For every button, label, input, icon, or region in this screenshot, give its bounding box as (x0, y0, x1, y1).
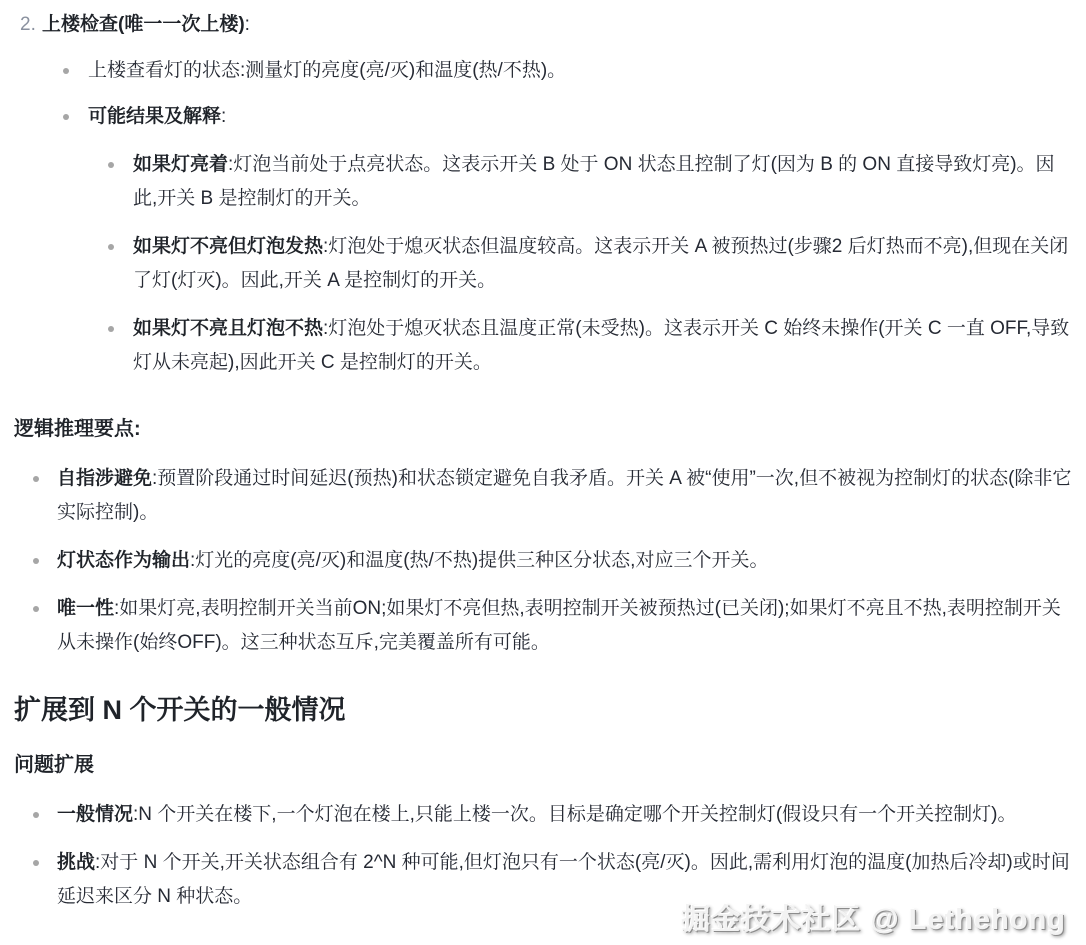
point-term: 一般情况 (57, 804, 133, 825)
bullet-marker (33, 558, 39, 564)
bullet-marker (33, 812, 39, 818)
step-2-body: 上楼检查(唯一一次上楼): 上楼查看灯的状态:测量灯的亮度(亮/灭)和温度(热/… (42, 8, 1076, 392)
point-term: 自指涉避免 (57, 468, 152, 489)
result-cases-list: 如果灯亮着:灯泡当前处于点亮状态。这表示开关 B 处于 ON 状态且控制了灯(因… (88, 148, 1076, 380)
list-item-text: 上楼查看灯的状态:测量灯的亮度(亮/灭)和温度(热/不热)。 (88, 54, 1076, 88)
list-item-text: 如果灯亮着:灯泡当前处于点亮状态。这表示开关 B 处于 ON 状态且控制了灯(因… (133, 148, 1076, 216)
list-item-text: 如果灯不亮但灯泡发热:灯泡处于熄灭状态但温度较高。这表示开关 A 被预热过(步骤… (133, 230, 1076, 298)
list-item-case-warm: 如果灯不亮但灯泡发热:灯泡处于熄灭状态但温度较高。这表示开关 A 被预热过(步骤… (88, 230, 1076, 298)
bullet-marker (108, 326, 114, 332)
step-2-title: 上楼检查(唯一一次上楼): (42, 8, 1076, 42)
point-text: :如果灯亮,表明控制开关当前ON;如果灯不亮但热,表明控制开关被预热过(已关闭)… (57, 598, 1061, 653)
list-number: 2. (20, 8, 42, 392)
point-text: :预置阶段通过时间延迟(预热)和状态锁定避免自我矛盾。开关 A 被“使用”一次,… (57, 468, 1071, 523)
list-item-lamp-state-output: 灯状态作为输出:灯光的亮度(亮/灭)和温度(热/不热)提供三种区分状态,对应三个… (14, 544, 1076, 578)
list-item-case-cold: 如果灯不亮且灯泡不热:灯泡处于熄灭状态且温度正常(未受热)。这表示开关 C 始终… (88, 312, 1076, 380)
list-item-text: 如果灯不亮且灯泡不热:灯泡处于熄灭状态且温度正常(未受热)。这表示开关 C 始终… (133, 312, 1076, 380)
case-term: 如果灯不亮但灯泡发热 (133, 236, 323, 257)
point-term: 唯一性 (57, 598, 114, 619)
bullet-marker (108, 162, 114, 168)
step-2-list-item: 2. 上楼检查(唯一一次上楼): 上楼查看灯的状态:测量灯的亮度(亮/灭)和温度… (20, 8, 1076, 392)
possible-results-colon: : (221, 106, 226, 127)
case-text: :灯泡当前处于点亮状态。这表示开关 B 处于 ON 状态且控制了灯(因为 B 的… (133, 154, 1055, 209)
list-item-text: 灯状态作为输出:灯光的亮度(亮/灭)和温度(热/不热)提供三种区分状态,对应三个… (57, 544, 1076, 578)
list-item-self-reference: 自指涉避免:预置阶段通过时间延迟(预热)和状态锁定避免自我矛盾。开关 A 被“使… (14, 462, 1076, 530)
point-term: 挑战 (57, 852, 95, 873)
list-item-general-case: 一般情况:N 个开关在楼下,一个灯泡在楼上,只能上楼一次。目标是确定哪个开关控制… (14, 798, 1076, 832)
extension-heading: 扩展到 N 个开关的一般情况 (14, 690, 1076, 730)
step-2-title-bold: 上楼检查(唯一一次上楼) (42, 14, 245, 35)
point-text: :灯光的亮度(亮/灭)和温度(热/不热)提供三种区分状态,对应三个开关。 (190, 550, 768, 571)
case-term: 如果灯亮着 (133, 154, 228, 175)
article-content: 2. 上楼检查(唯一一次上楼): 上楼查看灯的状态:测量灯的亮度(亮/灭)和温度… (0, 0, 1086, 914)
extension-points-list: 一般情况:N 个开关在楼下,一个灯泡在楼上,只能上楼一次。目标是确定哪个开关控制… (14, 798, 1076, 914)
list-item-check-lamp: 上楼查看灯的状态:测量灯的亮度(亮/灭)和温度(热/不热)。 (42, 54, 1076, 88)
bullet-marker (33, 860, 39, 866)
logic-points-list: 自指涉避免:预置阶段通过时间延迟(预热)和状态锁定避免自我矛盾。开关 A 被“使… (14, 462, 1076, 660)
step-2-title-colon: : (245, 14, 250, 35)
list-item-possible-results: 可能结果及解释: 如果灯亮着:灯泡当前处于点亮状态。这表示开关 B 处于 ON … (42, 100, 1076, 380)
list-item-text: 唯一性:如果灯亮,表明控制开关当前ON;如果灯不亮但热,表明控制开关被预热过(已… (57, 592, 1076, 660)
bullet-marker (33, 606, 39, 612)
list-item-text: 可能结果及解释: 如果灯亮着:灯泡当前处于点亮状态。这表示开关 B 处于 ON … (88, 100, 1076, 380)
step-2-sublist: 上楼查看灯的状态:测量灯的亮度(亮/灭)和温度(热/不热)。 可能结果及解释: … (42, 54, 1076, 380)
point-term: 灯状态作为输出 (57, 550, 190, 571)
problem-extension-subheading: 问题扩展 (14, 748, 1076, 782)
list-item-text: 自指涉避免:预置阶段通过时间延迟(预热)和状态锁定避免自我矛盾。开关 A 被“使… (57, 462, 1076, 530)
bullet-marker (33, 476, 39, 482)
list-item-uniqueness: 唯一性:如果灯亮,表明控制开关当前ON;如果灯不亮但热,表明控制开关被预热过(已… (14, 592, 1076, 660)
case-term: 如果灯不亮且灯泡不热 (133, 318, 323, 339)
logic-points-heading: 逻辑推理要点: (14, 412, 1076, 446)
point-text: :对于 N 个开关,开关状态组合有 2^N 种可能,但灯泡只有一个状态(亮/灭)… (57, 852, 1070, 907)
bullet-marker (108, 244, 114, 250)
list-item-case-bright: 如果灯亮着:灯泡当前处于点亮状态。这表示开关 B 处于 ON 状态且控制了灯(因… (88, 148, 1076, 216)
list-item-text: 一般情况:N 个开关在楼下,一个灯泡在楼上,只能上楼一次。目标是确定哪个开关控制… (57, 798, 1076, 832)
point-text: :N 个开关在楼下,一个灯泡在楼上,只能上楼一次。目标是确定哪个开关控制灯(假设… (133, 804, 1017, 825)
bullet-marker (63, 114, 69, 120)
bullet-marker (63, 68, 69, 74)
watermark: 掘金技术社区 @ Lethehong (681, 903, 1066, 937)
possible-results-label: 可能结果及解释 (88, 106, 221, 127)
